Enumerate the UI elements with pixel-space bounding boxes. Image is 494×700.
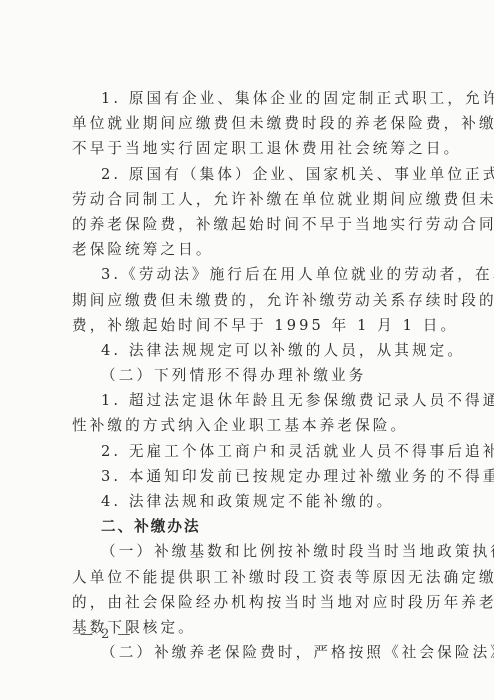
text-line: 劳动合同制工人，允许补缴在单位就业期间应缴费但未缴费时段 [72, 187, 438, 212]
page-number: — 2 — [80, 627, 133, 642]
text-line: （二）补缴养老保险费时，严格按照《社会保险法》、《行政 [72, 640, 438, 665]
text-line: 老保险统筹之日。 [72, 237, 438, 262]
text-line: 性补缴的方式纳入企业职工基本养老保险。 [72, 413, 438, 438]
text-line: 单位就业期间应缴费但未缴费时段的养老保险费，补缴起始时间 [72, 111, 438, 136]
text-line: 1. 原国有企业、集体企业的固定制正式职工，允许补缴在 [72, 86, 438, 111]
text-line: 4. 法律法规和政策规定不能补缴的。 [72, 489, 438, 514]
text-line: 费，补缴起始时间不早于 1995 年 1 月 1 日。 [72, 313, 438, 338]
text-line: 的养老保险费，补缴起始时间不早于当地实行劳动合同制工人养 [72, 212, 438, 237]
section-heading: 二、补缴办法 [72, 514, 438, 539]
text-line: 期间应缴费但未缴费的，允许补缴劳动关系存续时段的养老保险 [72, 288, 438, 313]
text-line: 1. 超过法定退休年龄且无参保缴费记录人员不得通过一次 [72, 388, 438, 413]
text-line: 不早于当地实行固定职工退休费用社会统筹之日。 [72, 136, 438, 161]
text-line: 3. 本通知印发前已按规定办理过补缴业务的不得重新办理。 [72, 464, 438, 489]
text-line: （二）下列情形不得办理补缴业务 [72, 363, 438, 388]
text-line: 3.《劳动法》施行后在用人单位就业的劳动者，在单位就业 [72, 262, 438, 287]
text-line: 4. 法律法规规定可以补缴的人员，从其规定。 [72, 338, 438, 363]
text-line: （一）补缴基数和比例按补缴时段当时当地政策执行。因用 [72, 539, 438, 564]
document-page: 1. 原国有企业、集体企业的固定制正式职工，允许补缴在单位就业期间应缴费但未缴费… [72, 86, 438, 665]
text-line: 的，由社会保险经办机构按当时当地对应时段历年养老保险缴费 [72, 590, 438, 615]
text-line: 2. 无雇工个体工商户和灵活就业人员不得事后追补缴费。 [72, 439, 438, 464]
text-line: 2. 原国有（集体）企业、国家机关、事业单位正式招用的 [72, 162, 438, 187]
text-line: 人单位不能提供职工补缴时段工资表等原因无法确定缴费基数 [72, 565, 438, 590]
